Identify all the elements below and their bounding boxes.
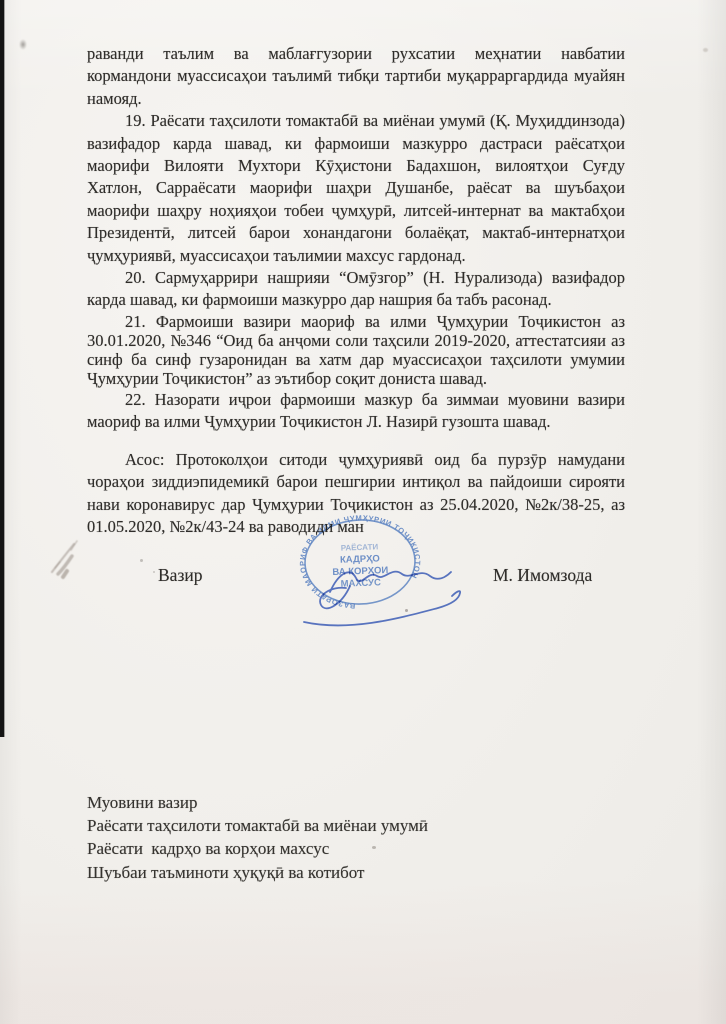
text-line: вазифадор карда шавад, ки фармоиши мазку…	[87, 133, 625, 155]
scan-speck	[703, 48, 708, 52]
paragraph: раванди таълим ва маблағгузории рухсатии…	[87, 43, 625, 110]
document-body: раванди таълим ва маблағгузории рухсатии…	[87, 43, 625, 539]
text-line: раванди таълим ва маблағгузории рухсатии…	[87, 43, 625, 65]
text-line: Президентӣ, литсей барои хонандагони бол…	[87, 222, 625, 244]
approval-list: Муовини вазир Раёсати таҳсилоти томактаб…	[87, 791, 625, 884]
paragraph: 20. Сармуҳаррири нашрияи “Омӯзгор” (Н. Н…	[87, 267, 625, 312]
scan-speck	[140, 559, 143, 562]
text-line: карда шавад, ки фармоиши мазкурро дар на…	[87, 289, 625, 311]
text-line: ҷумҳуриявӣ, муассисаҳои таълимии махсус …	[87, 245, 625, 267]
approval-line: Раёсати таҳсилоти томактабӣ ва миёнаи ум…	[87, 814, 625, 837]
scanned-page: раванди таълим ва маблағгузории рухсатии…	[0, 0, 726, 1024]
text-line: маорифи Вилояти Мухтори Кӯҳистони Бадахш…	[87, 155, 625, 177]
text-line: 19. Раёсати таҳсилоти томактабӣ ва миёна…	[87, 110, 625, 132]
text-line: кормандони муассисаҳои таълимӣ тибқи тар…	[87, 65, 625, 87]
text-line: синф ба синф гузаронидан ва хатм дар муа…	[87, 350, 625, 369]
text-line: Асос: Протоколҳои ситоди ҷумҳуриявӣ оид …	[87, 449, 625, 471]
approval-line: Шуъбаи таъминоти ҳуқуқӣ ва котибот	[87, 861, 625, 884]
text-line: 30.01.2020, №346 “Оид ба анҷоми соли таҳ…	[87, 331, 625, 350]
approval-line: Муовини вазир	[87, 791, 625, 814]
scan-speck	[19, 39, 27, 50]
scan-speck	[372, 846, 376, 849]
handwritten-signature	[280, 552, 580, 642]
signature-descender	[320, 586, 350, 608]
text-line: Ҷумҳурии Тоҷикистон” аз эътибор соқит до…	[87, 369, 625, 388]
text-line: маорифи шаҳру ноҳияҳои тобеи ҷумҳурӣ, ли…	[87, 200, 625, 222]
scan-edge-artifact-shadow	[4, 0, 5, 737]
text-line: чораҳои зиддиэпидемикӣ барои пешгирии ин…	[87, 471, 625, 493]
text-line: маориф ва илми Ҷумҳурии Тоҷикистон Л. На…	[87, 411, 625, 433]
scan-speck	[153, 571, 155, 573]
paragraph: 22. Назорати иҷрои фармоиши мазкур ба зи…	[87, 389, 625, 434]
approval-line: Раёсати кадрҳо ва корҳои махсус	[87, 837, 625, 860]
ink-dot	[405, 609, 408, 612]
text-line: 21. Фармоиши вазири маориф ва илми Ҷумҳу…	[87, 312, 625, 331]
paragraph: 21. Фармоиши вазири маориф ва илми Ҷумҳу…	[87, 312, 625, 389]
text-line: 20. Сармуҳаррири нашрияи “Омӯзгор” (Н. Н…	[87, 267, 625, 289]
signer-title: Вазир	[158, 565, 202, 586]
text-line: намояд.	[87, 88, 625, 110]
text-line: 22. Назорати иҷрои фармоиши мазкур ба зи…	[87, 389, 625, 411]
ink-smudge-artifact	[44, 528, 90, 582]
text-line: Хатлон, Сарраёсати маорифи шаҳри Душанбе…	[87, 177, 625, 199]
paragraph: 19. Раёсати таҳсилоти томактабӣ ва миёна…	[87, 110, 625, 267]
